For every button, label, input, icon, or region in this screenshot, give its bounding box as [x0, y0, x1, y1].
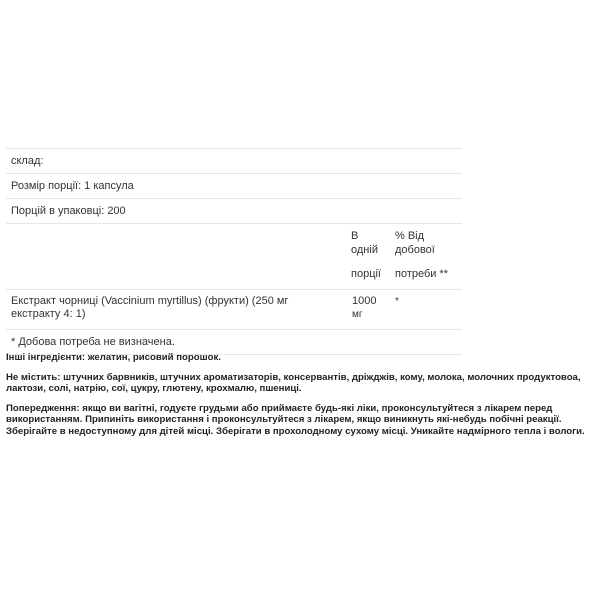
table-header-row: В одній порції % Від добової потреби ** — [6, 224, 462, 290]
ingredient-amount: 1000 мг — [347, 290, 390, 330]
footnote-row: * Добова потреба не визначена. — [6, 330, 462, 355]
amount-per-serving-header: В одній порції — [347, 224, 390, 290]
header-empty-cell — [6, 224, 347, 290]
daily-value-header: % Від добової потреби ** — [390, 224, 462, 290]
warning: Попередження: якщо ви вагітні, годуєте г… — [6, 403, 596, 438]
footnote: * Добова потреба не визначена. — [6, 330, 462, 355]
servings-per-container-row: Порцій в упаковці: 200 — [6, 199, 462, 224]
does-not-contain: Не містить: штучних барвників, штучних а… — [6, 372, 596, 395]
product-notes: Інші інгредієнти: желатин, рисовий порош… — [6, 352, 596, 445]
other-ingredients: Інші інгредієнти: желатин, рисовий порош… — [6, 352, 596, 364]
ingredient-row: Екстракт чорниці (Vaccinium myrtillus) (… — [6, 290, 462, 330]
serving-size: Розмір порції: 1 капсула — [6, 174, 462, 199]
composition-row: склад: — [6, 149, 462, 174]
serving-size-row: Розмір порції: 1 капсула — [6, 174, 462, 199]
ingredient-name: Екстракт чорниці (Vaccinium myrtillus) (… — [6, 290, 347, 330]
ingredient-daily-value: * — [390, 290, 462, 330]
servings-per-container: Порцій в упаковці: 200 — [6, 199, 462, 224]
supplement-facts-table: склад: Розмір порції: 1 капсула Порцій в… — [6, 148, 462, 355]
composition-label: склад: — [6, 149, 462, 174]
